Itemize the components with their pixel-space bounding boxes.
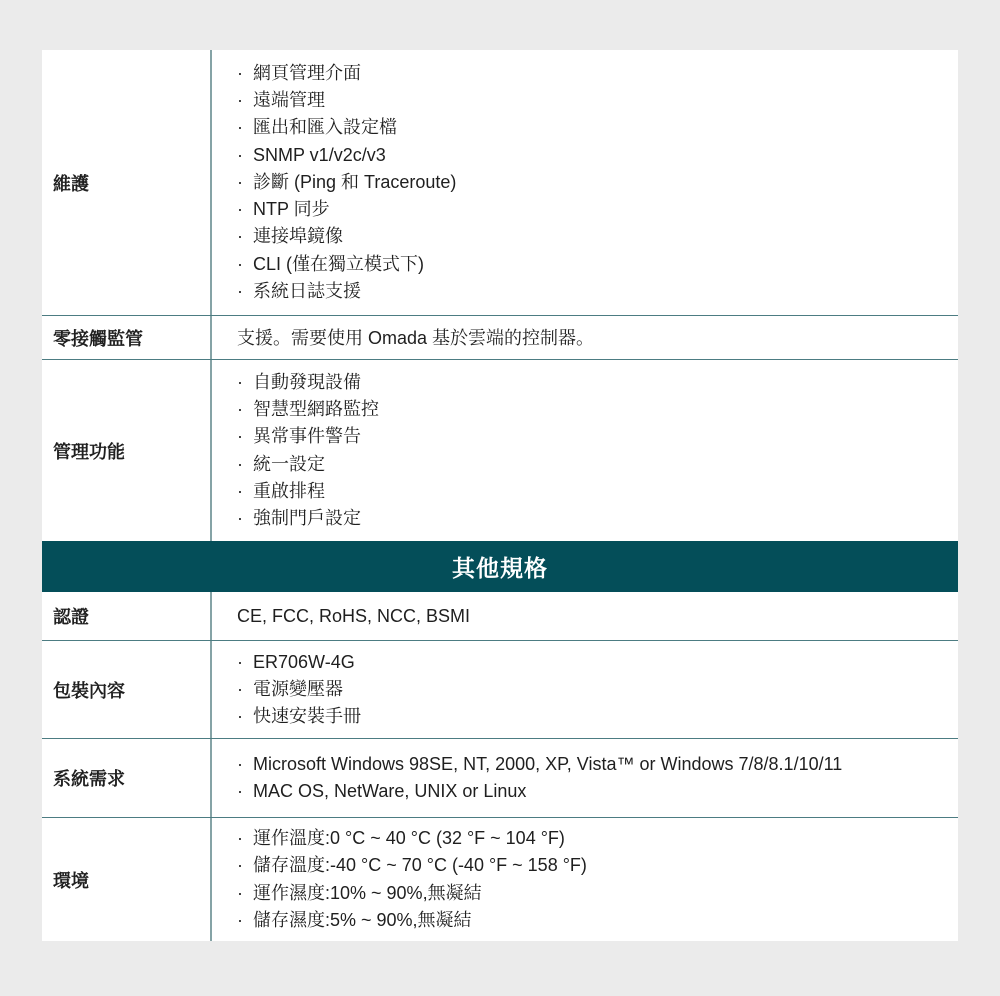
list-item: ·MAC OS, NetWare, UNIX or Linux <box>237 778 958 805</box>
list-item: ·ER706W-4G <box>237 649 958 676</box>
list-item: ·重啟排程 <box>237 478 958 505</box>
bullet-icon: · <box>237 751 253 778</box>
list-item-text: 網頁管理介面 <box>253 60 361 87</box>
list-item: ·儲存溫度:-40 °C ~ 70 °C (-40 °F ~ 158 °F) <box>237 852 958 879</box>
bullet-icon: · <box>237 907 253 934</box>
bullet-icon: · <box>237 649 253 676</box>
row-content-sysreq: ·Microsoft Windows 98SE, NT, 2000, XP, V… <box>212 739 958 817</box>
list-item-text: 系統日誌支援 <box>253 278 361 305</box>
bullet-icon: · <box>237 880 253 907</box>
row-label-sysreq: 系統需求 <box>42 739 212 817</box>
list-item-text: 統一設定 <box>253 451 325 478</box>
bullet-icon: · <box>237 223 253 250</box>
row-text-ztp: 支援。需要使用 Omada 基於雲端的控制器。 <box>237 326 958 350</box>
row-content-maintenance: ·網頁管理介面 ·遠端管理 ·匯出和匯入設定檔 ·SNMP v1/v2c/v3 … <box>212 50 958 315</box>
list-item: ·連接埠鏡像 <box>237 223 958 250</box>
list-item-text: Microsoft Windows 98SE, NT, 2000, XP, Vi… <box>253 751 842 778</box>
list-item: ·運作濕度:10% ~ 90%,無凝結 <box>237 880 958 907</box>
bullet-icon: · <box>237 478 253 505</box>
list-item-text: 診斷 (Ping 和 Traceroute) <box>253 169 456 196</box>
list-item-text: 重啟排程 <box>253 478 325 505</box>
row-content-ztp: 支援。需要使用 Omada 基於雲端的控制器。 <box>212 316 958 359</box>
list-item-text: 連接埠鏡像 <box>253 223 343 250</box>
list-item-text: 異常事件警告 <box>253 423 361 450</box>
bullet-icon: · <box>237 169 253 196</box>
bullet-icon: · <box>237 778 253 805</box>
bullet-icon: · <box>237 505 253 532</box>
list-item-text: SNMP v1/v2c/v3 <box>253 142 386 169</box>
list-item-text: 遠端管理 <box>253 87 325 114</box>
bullet-icon: · <box>237 142 253 169</box>
list-item-text: 儲存溫度:-40 °C ~ 70 °C (-40 °F ~ 158 °F) <box>253 852 587 879</box>
list-item-text: ER706W-4G <box>253 649 355 676</box>
list-item-text: 智慧型網路監控 <box>253 396 379 423</box>
specification-table: 維護 ·網頁管理介面 ·遠端管理 ·匯出和匯入設定檔 ·SNMP v1/v2c/… <box>42 50 958 941</box>
bullet-icon: · <box>237 451 253 478</box>
list-item-text: 強制門戶設定 <box>253 505 361 532</box>
list-item-text: 運作溫度:0 °C ~ 40 °C (32 °F ~ 104 °F) <box>253 825 565 852</box>
list-item: ·系統日誌支援 <box>237 278 958 305</box>
row-package-contents: 包裝內容 ·ER706W-4G ·電源變壓器 ·快速安裝手冊 <box>42 640 958 738</box>
bullet-icon: · <box>237 60 253 87</box>
list-item-text: 自動發現設備 <box>253 369 361 396</box>
bullet-icon: · <box>237 703 253 730</box>
list-item: ·遠端管理 <box>237 87 958 114</box>
bullet-icon: · <box>237 114 253 141</box>
bullet-icon: · <box>237 278 253 305</box>
list-item: ·診斷 (Ping 和 Traceroute) <box>237 169 958 196</box>
list-item: ·匯出和匯入設定檔 <box>237 114 958 141</box>
row-management-features: 管理功能 ·自動發現設備 ·智慧型網路監控 ·異常事件警告 ·統一設定 ·重啟排… <box>42 359 958 541</box>
bullet-icon: · <box>237 825 253 852</box>
bullet-icon: · <box>237 852 253 879</box>
bullet-icon: · <box>237 251 253 278</box>
row-content-certification: CE, FCC, RoHS, NCC, BSMI <box>212 592 958 640</box>
list-item: ·網頁管理介面 <box>237 60 958 87</box>
row-content-package: ·ER706W-4G ·電源變壓器 ·快速安裝手冊 <box>212 641 958 738</box>
list-item: ·運作溫度:0 °C ~ 40 °C (32 °F ~ 104 °F) <box>237 825 958 852</box>
bullet-icon: · <box>237 396 253 423</box>
row-content-environment: ·運作溫度:0 °C ~ 40 °C (32 °F ~ 104 °F) ·儲存溫… <box>212 818 958 941</box>
bullet-icon: · <box>237 676 253 703</box>
section-header-other-specs: 其他規格 <box>42 541 958 592</box>
list-item-text: MAC OS, NetWare, UNIX or Linux <box>253 778 526 805</box>
row-certification: 認證 CE, FCC, RoHS, NCC, BSMI <box>42 592 958 640</box>
row-maintenance: 維護 ·網頁管理介面 ·遠端管理 ·匯出和匯入設定檔 ·SNMP v1/v2c/… <box>42 50 958 315</box>
row-label-certification: 認證 <box>42 592 212 640</box>
list-item: ·SNMP v1/v2c/v3 <box>237 142 958 169</box>
row-zero-touch-provisioning: 零接觸監管 支援。需要使用 Omada 基於雲端的控制器。 <box>42 315 958 359</box>
row-label-ztp: 零接觸監管 <box>42 316 212 359</box>
list-item: ·智慧型網路監控 <box>237 396 958 423</box>
row-label-package: 包裝內容 <box>42 641 212 738</box>
list-item: ·Microsoft Windows 98SE, NT, 2000, XP, V… <box>237 751 958 778</box>
list-item: ·異常事件警告 <box>237 423 958 450</box>
bullet-icon: · <box>237 196 253 223</box>
bullet-icon: · <box>237 87 253 114</box>
list-item: ·CLI (僅在獨立模式下) <box>237 251 958 278</box>
section-header-title: 其他規格 <box>452 550 548 583</box>
list-item: ·電源變壓器 <box>237 676 958 703</box>
bullet-icon: · <box>237 369 253 396</box>
list-item-text: 電源變壓器 <box>253 676 343 703</box>
list-item: ·儲存濕度:5% ~ 90%,無凝結 <box>237 907 958 934</box>
row-label-maintenance: 維護 <box>42 50 212 315</box>
list-item-text: NTP 同步 <box>253 196 330 223</box>
list-item: ·強制門戶設定 <box>237 505 958 532</box>
bullet-icon: · <box>237 423 253 450</box>
list-item: ·統一設定 <box>237 451 958 478</box>
list-item: ·自動發現設備 <box>237 369 958 396</box>
row-environment: 環境 ·運作溫度:0 °C ~ 40 °C (32 °F ~ 104 °F) ·… <box>42 817 958 941</box>
list-item-text: 快速安裝手冊 <box>253 703 361 730</box>
list-item-text: 運作濕度:10% ~ 90%,無凝結 <box>253 880 482 907</box>
list-item-text: 匯出和匯入設定檔 <box>253 114 397 141</box>
row-system-requirements: 系統需求 ·Microsoft Windows 98SE, NT, 2000, … <box>42 738 958 817</box>
row-label-environment: 環境 <box>42 818 212 941</box>
row-content-management: ·自動發現設備 ·智慧型網路監控 ·異常事件警告 ·統一設定 ·重啟排程 ·強制… <box>212 360 958 541</box>
list-item-text: 儲存濕度:5% ~ 90%,無凝結 <box>253 907 472 934</box>
list-item: ·快速安裝手冊 <box>237 703 958 730</box>
list-item-text: CLI (僅在獨立模式下) <box>253 251 424 278</box>
list-item: ·NTP 同步 <box>237 196 958 223</box>
row-text-certification: CE, FCC, RoHS, NCC, BSMI <box>237 604 958 628</box>
row-label-management: 管理功能 <box>42 360 212 541</box>
